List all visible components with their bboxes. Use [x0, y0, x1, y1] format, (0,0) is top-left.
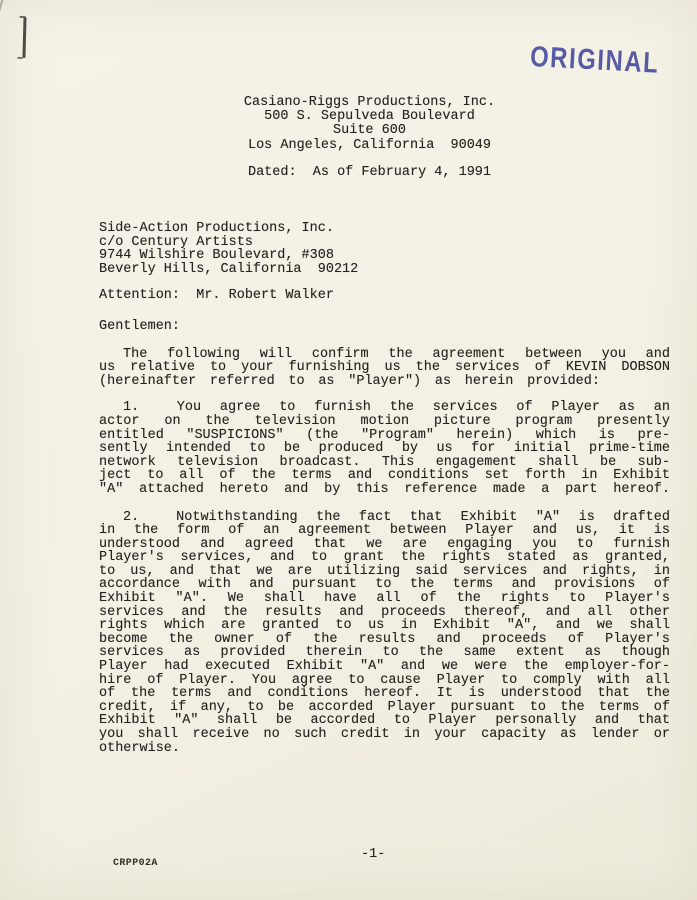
- text-line: Exhibit "A" shall be accorded to Player …: [99, 714, 670, 728]
- text-line: to us, and that we are utilizing said se…: [99, 565, 670, 579]
- text-line: entitled "SUSPICIONS" (the "Program" her…: [99, 429, 670, 443]
- text-line: you shall receive no such credit in your…: [99, 728, 670, 742]
- text-line: services and the results and proceeds th…: [99, 606, 670, 620]
- text-line: Player's services, and to grant the righ…: [99, 551, 670, 565]
- page-number: -1-: [361, 847, 385, 862]
- recipient-care-of: c/o Century Artists: [99, 236, 670, 250]
- text-line: "A" attached hereto and by this referenc…: [99, 483, 670, 497]
- text-line: of the terms and conditions hereof. It i…: [99, 687, 670, 701]
- sender-suite: Suite 600: [84, 124, 655, 138]
- letter-page: ORIGINAL Casiano-Riggs Productions, Inc.…: [0, 0, 697, 900]
- text-line: 2. Notwithstanding the fact that Exhibit…: [99, 511, 670, 525]
- recipient-street: 9744 Wilshire Boulevard, #308: [99, 249, 670, 263]
- letter-body: Casiano-Riggs Productions, Inc. 500 S. S…: [99, 0, 670, 755]
- text-line: 1. You agree to furnish the services of …: [99, 401, 670, 415]
- text-line: ject to all of the terms and conditions …: [99, 469, 670, 483]
- paragraph-intro: The following will confirm the agreement…: [99, 348, 670, 389]
- text-line: in the form of an agreement between Play…: [99, 524, 670, 538]
- text-line: credit, if any, to be accorded Player pu…: [99, 701, 670, 715]
- recipient-company: Side-Action Productions, Inc.: [99, 222, 670, 236]
- text-line: sently intended to be produced by us for…: [99, 442, 670, 456]
- text-line: us relative to your furnishing us the se…: [99, 361, 670, 375]
- text-line: Exhibit "A". We shall have all of the ri…: [99, 592, 670, 606]
- text-line: actor on the television motion picture p…: [99, 415, 670, 429]
- attention-line: Attention: Mr. Robert Walker: [99, 289, 670, 303]
- corner-crease: [0, 0, 4, 35]
- text-line: become the owner of the results and proc…: [99, 633, 670, 647]
- sender-city: Los Angeles, California 90049: [84, 139, 655, 153]
- text-line: Player had executed Exhibit "A" and we w…: [99, 660, 670, 674]
- salutation: Gentlemen:: [99, 320, 670, 334]
- staple-mark: [22, 17, 26, 58]
- text-line: rights which are granted to us in Exhibi…: [99, 619, 670, 633]
- text-line: understood and agreed that we are engagi…: [99, 538, 670, 552]
- paragraph-clause-1: 1. You agree to furnish the services of …: [99, 401, 670, 496]
- sender-street: 500 S. Sepulveda Boulevard: [84, 110, 655, 124]
- text-line: network television broadcast. This engag…: [99, 456, 670, 470]
- text-line: accordance with and pursuant to the term…: [99, 578, 670, 592]
- text-line: The following will confirm the agreement…: [99, 348, 670, 362]
- document-code: CRPP02A: [113, 858, 158, 869]
- text-line: hire of Player. You agree to cause Playe…: [99, 674, 670, 688]
- text-line: otherwise.: [99, 742, 670, 756]
- sender-address-block: Casiano-Riggs Productions, Inc. 500 S. S…: [84, 96, 655, 153]
- recipient-city: Beverly Hills, California 90212: [99, 263, 670, 277]
- sender-company: Casiano-Riggs Productions, Inc.: [84, 96, 655, 110]
- dated-line: Dated: As of February 4, 1991: [84, 166, 655, 180]
- paragraph-clause-2: 2. Notwithstanding the fact that Exhibit…: [99, 511, 670, 756]
- text-line: (hereinafter referred to as "Player") as…: [99, 375, 670, 389]
- recipient-address-block: Side-Action Productions, Inc. c/o Centur…: [99, 222, 670, 276]
- text-line: services as provided therein to the same…: [99, 646, 670, 660]
